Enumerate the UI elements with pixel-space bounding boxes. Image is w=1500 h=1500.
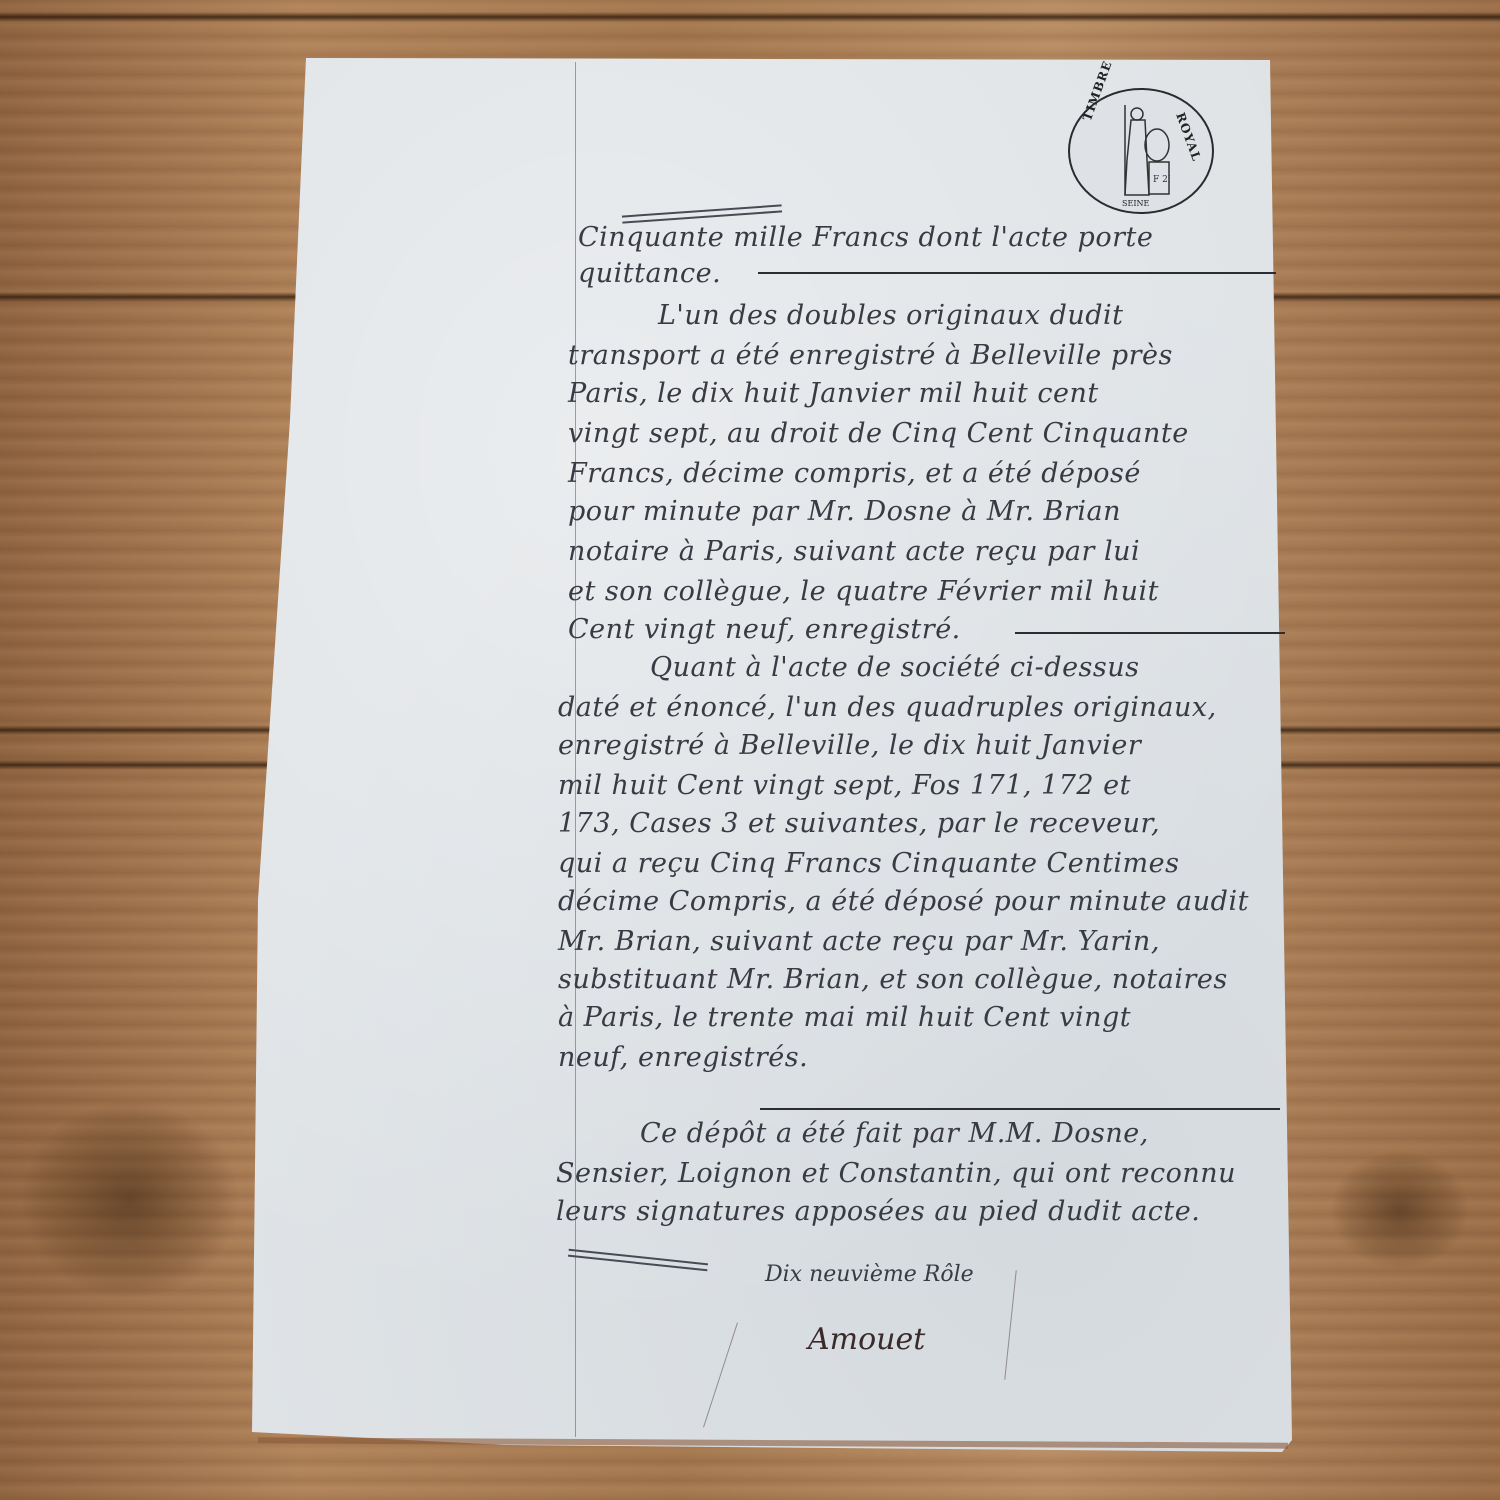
text-line: et son collègue, le quatre Février mil h…: [568, 576, 1159, 607]
line-fill-rule: [758, 272, 1276, 274]
text-line: Cinquante mille Francs dont l'acte porte: [578, 222, 1153, 253]
text-line: à Paris, le trente mai mil huit Cent vin…: [558, 1002, 1131, 1033]
text-line: Sensier, Loignon et Constantin, qui ont …: [556, 1158, 1236, 1189]
text-line: leurs signatures apposées au pied dudit …: [556, 1196, 1200, 1227]
text-line: 173, Cases 3 et suivantes, par le receve…: [558, 808, 1160, 839]
text-line: Ce dépôt a été fait par M.M. Dosne,: [640, 1118, 1149, 1149]
line-fill-rule: [760, 1108, 1280, 1110]
allegorical-figure-icon: F 25: [1115, 100, 1170, 200]
text-line: mil huit Cent vingt sept, Fos 171, 172 e…: [558, 770, 1131, 801]
wood-knot: [20, 1100, 240, 1300]
wood-plank-seam: [0, 12, 1500, 22]
stamp-bottom-text: SEINE: [1122, 199, 1149, 208]
text-line: pour minute par Mr. Dosne à Mr. Brian: [568, 496, 1121, 527]
text-line: transport a été enregistré à Belleville …: [568, 340, 1173, 371]
svg-text:F 25: F 25: [1153, 175, 1170, 185]
text-line: daté et énoncé, l'un des quadruples orig…: [558, 692, 1217, 723]
text-line: notaire à Paris, suivant acte reçu par l…: [568, 536, 1140, 567]
line-fill-rule: [1015, 632, 1285, 634]
text-line: Mr. Brian, suivant acte reçu par Mr. Yar…: [558, 926, 1160, 957]
text-line: enregistré à Belleville, le dix huit Jan…: [558, 730, 1141, 761]
text-line: Francs, décime compris, et a été déposé: [568, 458, 1141, 489]
notary-signature: Amouet: [808, 1322, 925, 1357]
text-line: quittance.: [578, 258, 721, 289]
folio-note: Dix neuvième Rôle: [765, 1262, 974, 1287]
text-line: substituant Mr. Brian, et son collègue, …: [558, 964, 1228, 995]
text-line: décime Compris, a été déposé pour minute…: [558, 886, 1249, 917]
text-line: neuf, enregistrés.: [558, 1042, 808, 1073]
text-line: Cent vingt neuf, enregistré.: [568, 614, 961, 645]
text-line: vingt sept, au droit de Cinq Cent Cinqua…: [568, 418, 1189, 449]
stamp-right-text: ROYAL: [1173, 111, 1204, 164]
text-line: Paris, le dix huit Janvier mil huit cent: [568, 378, 1099, 409]
royal-tax-stamp: TIMBRE ROYAL F 25 SEINE: [1068, 88, 1214, 214]
wood-knot: [1330, 1150, 1470, 1270]
text-line: qui a reçu Cinq Francs Cinquante Centime…: [558, 848, 1180, 879]
text-line: L'un des doubles originaux dudit: [658, 300, 1124, 331]
text-line: Quant à l'acte de société ci-dessus: [650, 652, 1140, 683]
